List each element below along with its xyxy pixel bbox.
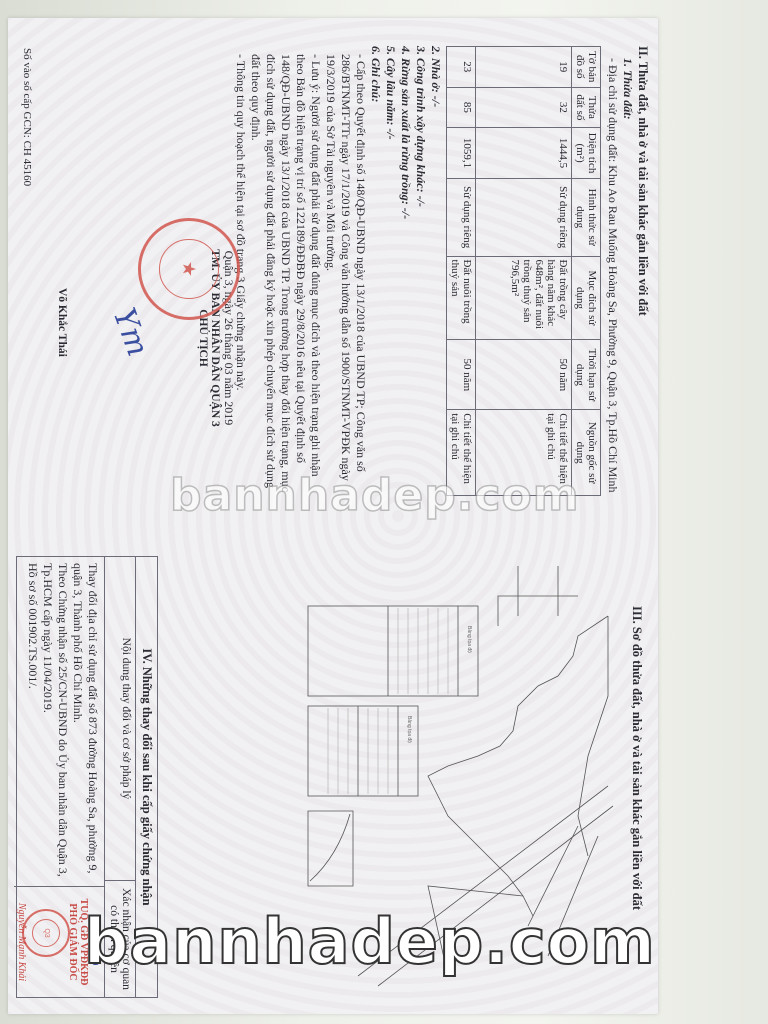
- coordinate-table-1: [308, 606, 478, 696]
- cell: 50 năm: [447, 340, 476, 410]
- col-plot-no: Thửa đất số: [572, 87, 601, 128]
- cell: Đất nuôi trồng thuỷ sản: [447, 256, 476, 340]
- branch-seal: Q3: [22, 909, 70, 957]
- col-change-content: Nội dung thay đổi và cơ sở pháp lý: [105, 557, 135, 881]
- official-seal: ★: [138, 218, 240, 320]
- svg-text:Bảng tọa độ: Bảng tọa độ: [406, 716, 412, 743]
- cell: 19: [476, 47, 572, 88]
- item-perennial-trees: 5. Cây lâu năm: -/-: [383, 46, 398, 496]
- change-content: Thay đổi địa chỉ sử dụng đất số 873 đườn…: [14, 557, 104, 887]
- page-2: II. Thửa đất, nhà ở và tài sản khác gắn …: [8, 18, 658, 516]
- table-header-row: Tờ bản đồ số Thửa đất số Diện tích (m²) …: [572, 47, 601, 496]
- cell: 1444,5: [476, 128, 572, 179]
- notes-label: 6. Ghi chú:: [368, 46, 383, 496]
- section-iii-title: III. Sơ đồ thửa đất, nhà ở và tài sản kh…: [629, 606, 644, 910]
- parcel-boundary: [428, 616, 608, 916]
- register-number: Số vào sổ cấp GCN: CH 45160: [19, 48, 34, 186]
- table-row: 19 32 1444,5 Sử dụng riêng Đất trồng cây…: [476, 47, 572, 496]
- coordinate-table-2: [308, 706, 418, 796]
- item-house: 2. Nhà ở: -/-: [428, 46, 443, 496]
- note-1: - Cấp theo Quyết định số 148/QĐ-UBND ngà…: [323, 54, 368, 496]
- seal-star-icon: ★: [159, 239, 219, 299]
- item-other-construction: 3. Công trình xây dựng khác: -/-: [413, 46, 428, 496]
- watermark-main: bannhadep.com: [84, 905, 656, 978]
- cell: Đất trồng cây hàng năm khác 648m², đất n…: [476, 256, 572, 340]
- cell: Sử dụng riêng: [447, 178, 476, 256]
- col-use-form: Hình thức sử dụng: [572, 178, 601, 256]
- other-assets-list: 2. Nhà ở: -/- 3. Công trình xây dựng khá…: [368, 46, 443, 496]
- confirm-signer: Nguyễn Mạnh Khải: [16, 887, 27, 997]
- signer-name: Võ Khắc Thái: [56, 288, 68, 357]
- cell: Sử dụng riêng: [476, 178, 572, 256]
- confirm-title: PHÓ GIÁM ĐỐC: [67, 887, 78, 997]
- note-2: - Lưu ý: Người sử dụng đất phải sử dụng …: [248, 54, 323, 496]
- col-area: Diện tích (m²): [572, 128, 601, 179]
- land-plot-table: Tờ bản đồ số Thửa đất số Diện tích (m²) …: [446, 46, 601, 496]
- col-use-term: Thời hạn sử dụng: [572, 340, 601, 410]
- cell: 85: [447, 87, 476, 128]
- change-line-3: Hồ sơ số 001902.TS.001/.: [25, 563, 40, 880]
- seal-icon: Q3: [32, 919, 60, 947]
- item-planted-forest: 4. Rừng sản xuất là rừng trồng: -/-: [398, 46, 413, 496]
- address-value: Khu Ao Rau Muống Hoàng Sa, Phường 9, Quậ…: [606, 165, 620, 492]
- svg-text:Bảng tọa độ: Bảng tọa độ: [466, 626, 472, 653]
- chairman-signature: Ym: [106, 303, 155, 360]
- address-label: - Địa chỉ sử dụng đất:: [606, 58, 620, 162]
- change-line-2: Theo Chứng nhận số 25/CN-UBND do Ủy ban …: [40, 563, 70, 880]
- cell: 1059,1: [447, 128, 476, 179]
- col-use-purpose: Mục đích sử dụng: [572, 256, 601, 340]
- subsection-land-plot: 1. Thửa đất:: [620, 58, 635, 496]
- table-row: 23 85 1059,1 Sử dụng riêng Đất nuôi trồn…: [447, 47, 476, 496]
- cell: 32: [476, 87, 572, 128]
- notes: - Cấp theo Quyết định số 148/QĐ-UBND ngà…: [233, 54, 368, 496]
- cell: 23: [447, 47, 476, 88]
- change-line-1: Thay đổi địa chỉ sử dụng đất số 873 đườn…: [70, 563, 100, 880]
- land-address: - Địa chỉ sử dụng đất: Khu Ao Rau Muống …: [605, 58, 620, 496]
- cell: 50 năm: [476, 340, 572, 410]
- col-map-sheet: Tờ bản đồ số: [572, 47, 601, 88]
- section-ii-title: II. Thửa đất, nhà ở và tài sản khác gắn …: [635, 46, 650, 496]
- watermark-faint: bannhadep.com: [170, 470, 580, 521]
